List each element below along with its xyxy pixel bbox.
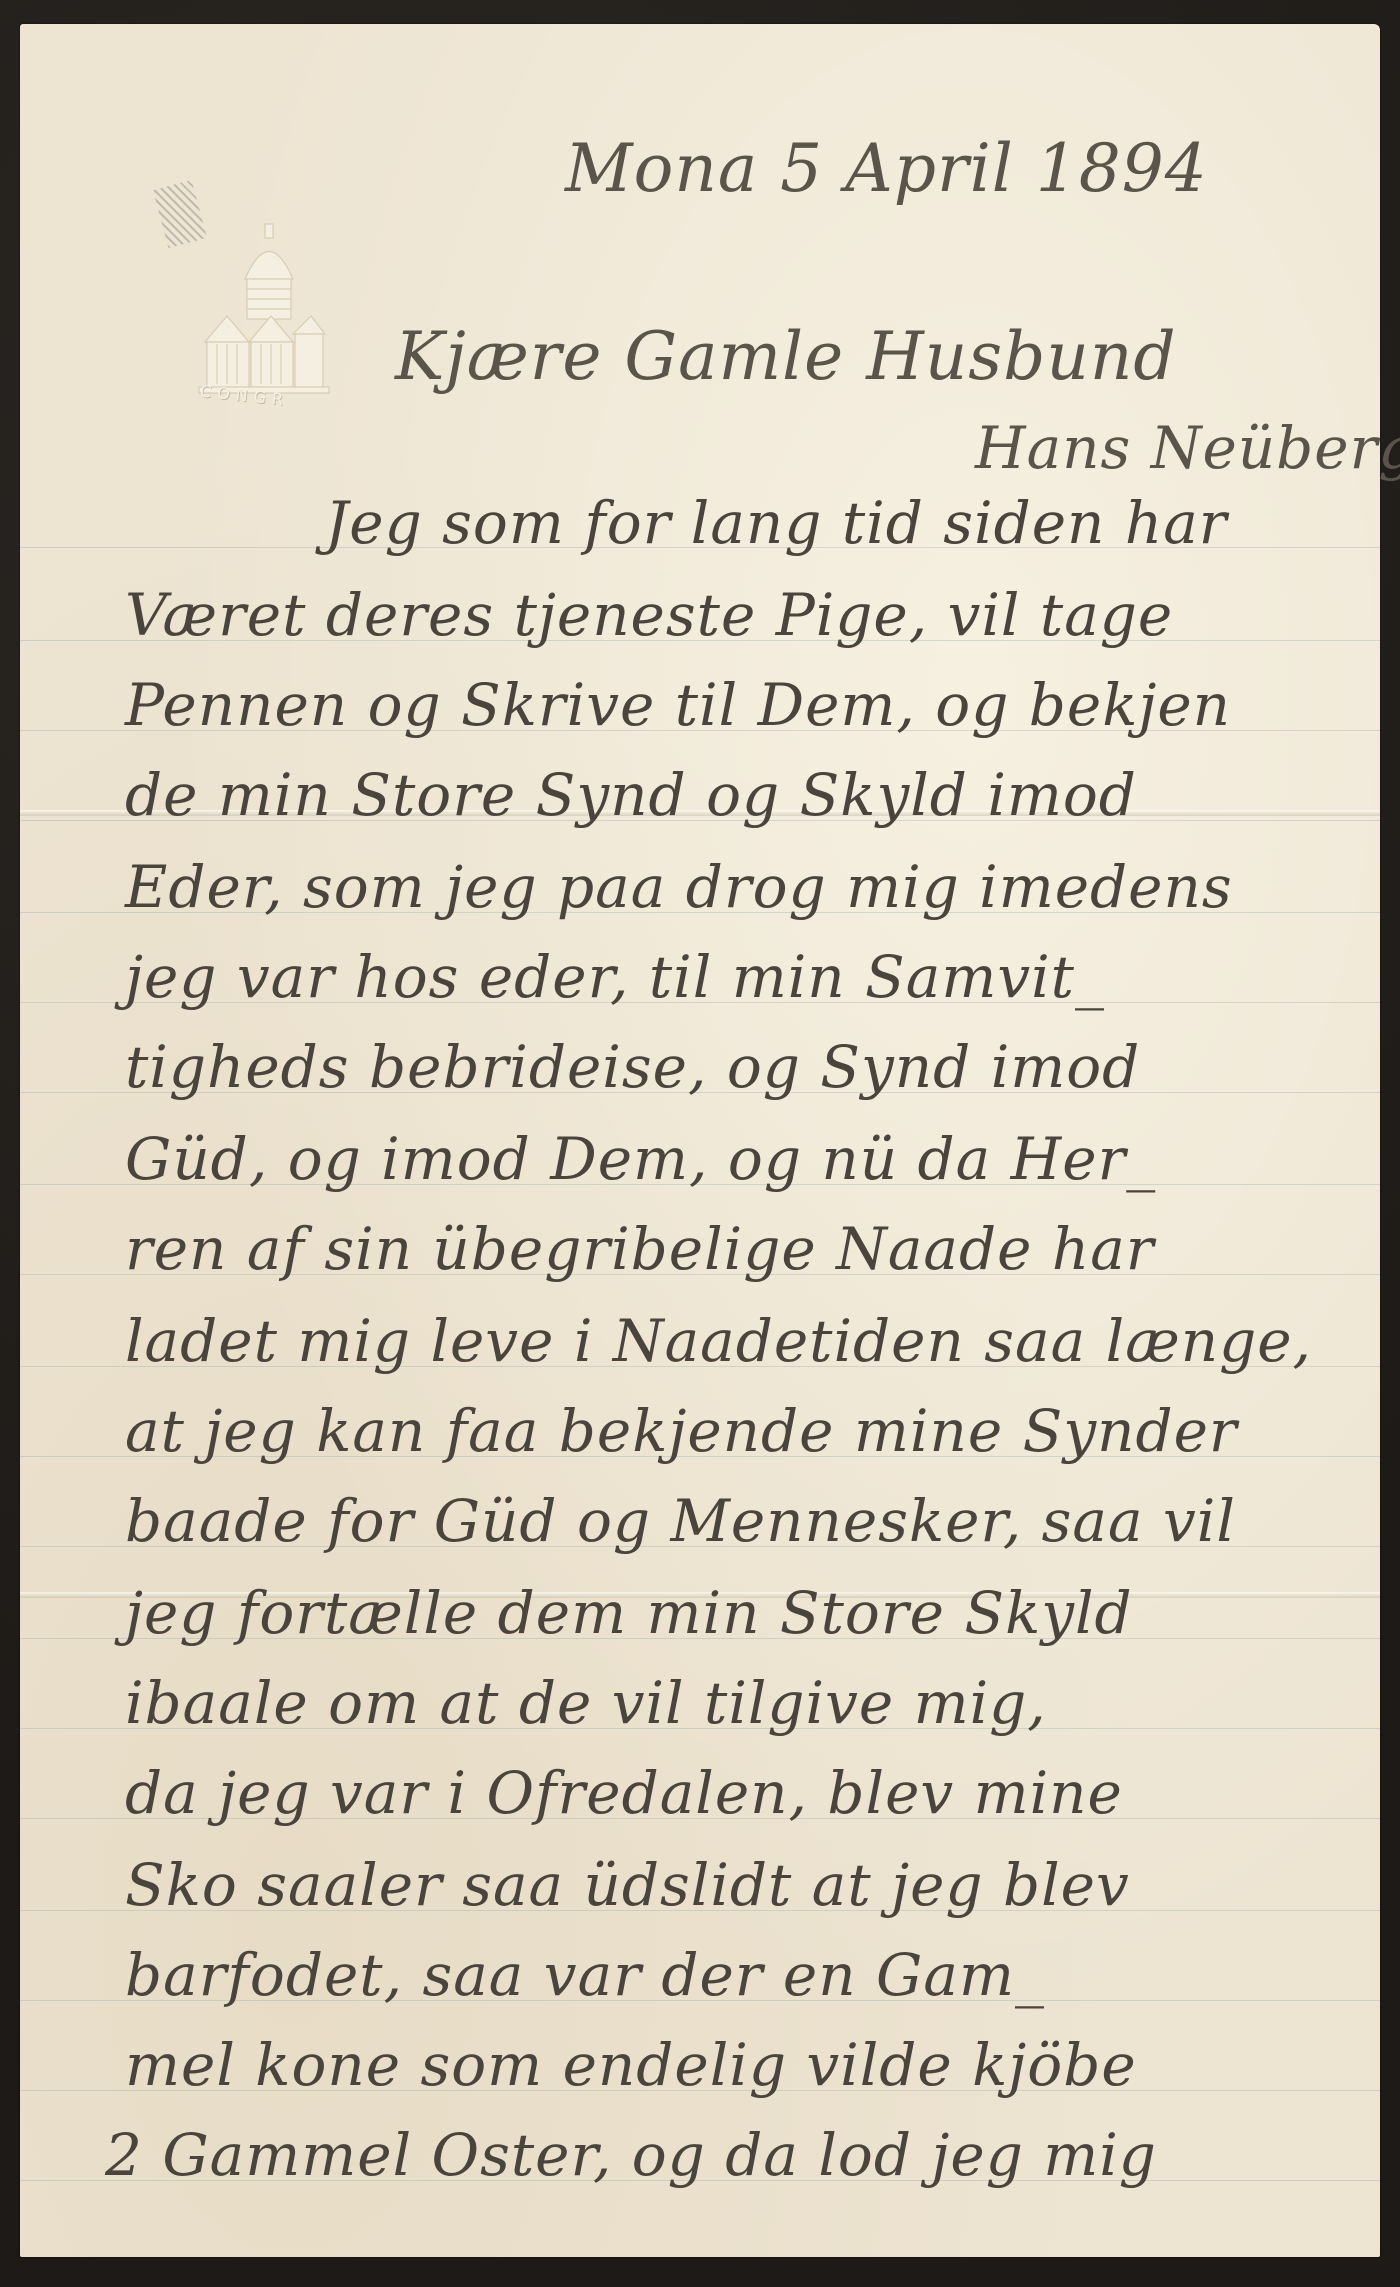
body-line: ladet mig leve i Naadetiden saa længe, — [125, 1312, 1312, 1370]
body-line: tigheds bebrideise, og Synd imod — [125, 1038, 1140, 1096]
body-line: Sko saaler saa üdslidt at jeg blev — [125, 1856, 1130, 1914]
body-line: Güd, og imod Dem, og nü da Her_ — [125, 1130, 1156, 1188]
body-line: 2 Gammel Oster, og da lod jeg mig — [105, 2126, 1157, 2184]
dateline: Mona 5 April 1894 — [565, 136, 1208, 202]
body-line: at jeg kan faa bekjende mine Synder — [125, 1402, 1238, 1460]
body-line: Jeg som for lang tid siden har — [325, 494, 1228, 552]
body-line: jeg fortælle dem min Store Skyld — [125, 1584, 1133, 1642]
body-line: mel kone som endelig vilde kjöbe — [125, 2036, 1137, 2094]
body-line: jeg var hos eder, til min Samvit_ — [125, 948, 1105, 1006]
body-line: ibaale om at de vil tilgive mig, — [125, 1674, 1047, 1732]
body-line: da jeg var i Ofredalen, blev mine — [125, 1764, 1123, 1822]
body-line: barfodet, saa var der en Gam_ — [125, 1946, 1045, 2004]
body-line: Eder, som jeg paa drog mig imedens — [125, 858, 1233, 916]
body-line: Pennen og Skrive til Dem, og bekjen — [125, 676, 1231, 734]
body-line: de min Store Synd og Skyld imod — [125, 766, 1137, 824]
salutation-line-1: Kjære Gamle Husbund — [395, 324, 1177, 390]
salutation-line-2: Hans Neüberg — [975, 419, 1400, 477]
body-line: baade for Güd og Mennesker, saa vil — [125, 1492, 1236, 1550]
body-line: ren af sin übegribelige Naade har — [125, 1220, 1155, 1278]
letter-page: CONGR Mona 5 April 1894 Kjære Gamle Husb… — [20, 24, 1380, 2257]
capitol-building-icon — [185, 184, 355, 414]
body-line: Været deres tjeneste Pige, vil tage — [125, 586, 1173, 644]
